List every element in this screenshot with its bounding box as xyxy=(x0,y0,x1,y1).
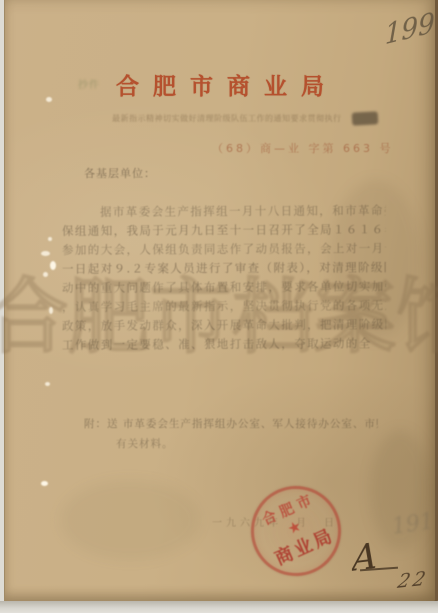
attachment-note-line: 附：送 市革委会生产指挥组办公室、军人接待办公室、市财办 xyxy=(84,416,378,431)
attachment-note-line: 有关材料。 xyxy=(116,436,174,451)
paper-stain xyxy=(60,480,200,560)
paper-damage-speck xyxy=(48,237,52,241)
paper-damage-speck xyxy=(50,261,56,270)
handwritten-mark-22: 22 xyxy=(396,567,431,593)
document-number: （68）商—业 字第 663 号 xyxy=(212,140,393,156)
body-text-line: 一日起对９.２专案人员进行了审查（附表），对清理阶级队伍运 xyxy=(62,259,386,277)
paper-damage-speck xyxy=(41,251,50,256)
ink-smudge xyxy=(352,111,379,125)
body-text-line: 据市革委会生产指挥组一月十八日通知，和市革命委员会人 xyxy=(100,202,386,219)
letterhead-title: 合肥市商业局 xyxy=(40,68,400,101)
paper-damage-speck xyxy=(45,382,50,386)
paper-damage-speck xyxy=(49,307,53,314)
scanner-background xyxy=(0,601,438,613)
paper-damage-speck xyxy=(41,481,48,486)
body-text-line: 动中的重大问题作了具体布置和安排，要求各单位切实加强领导 xyxy=(62,278,386,296)
body-text-line: 参加的大会，人保组负责同志作了动员报告，会上对一月十二日 xyxy=(62,240,386,258)
body-text-line: ，认真学习毛主席的最新指示，坚决贯彻执行党的各项无产阶级 xyxy=(62,297,386,315)
scanned-document: 合肥市档案馆 199 抄件 合肥市商业局 最新指示精神切实做好清理阶级队伍工作的… xyxy=(0,0,438,613)
paper-damage-speck xyxy=(46,97,52,102)
body-text-line: 工作做到一定要稳、准、狠地打击敌人，夺取运动的全面胜利。 xyxy=(62,335,372,353)
faded-subtitle-line: 最新指示精神切实做好清理阶级队伍工作的通知要求贯彻执行 xyxy=(112,113,356,124)
salutation-line: 各基层单位： xyxy=(84,165,156,181)
body-text-line: 政策，放手发动群众，深入开展革命大批判，把清理阶级队伍的 xyxy=(62,316,386,334)
handwritten-mark-a: A xyxy=(352,536,378,579)
body-text-line: 保组通知，我局于元月九日至十一日召开了全局１６１６名职工 xyxy=(62,221,386,239)
paper-damage-speck xyxy=(43,272,48,277)
